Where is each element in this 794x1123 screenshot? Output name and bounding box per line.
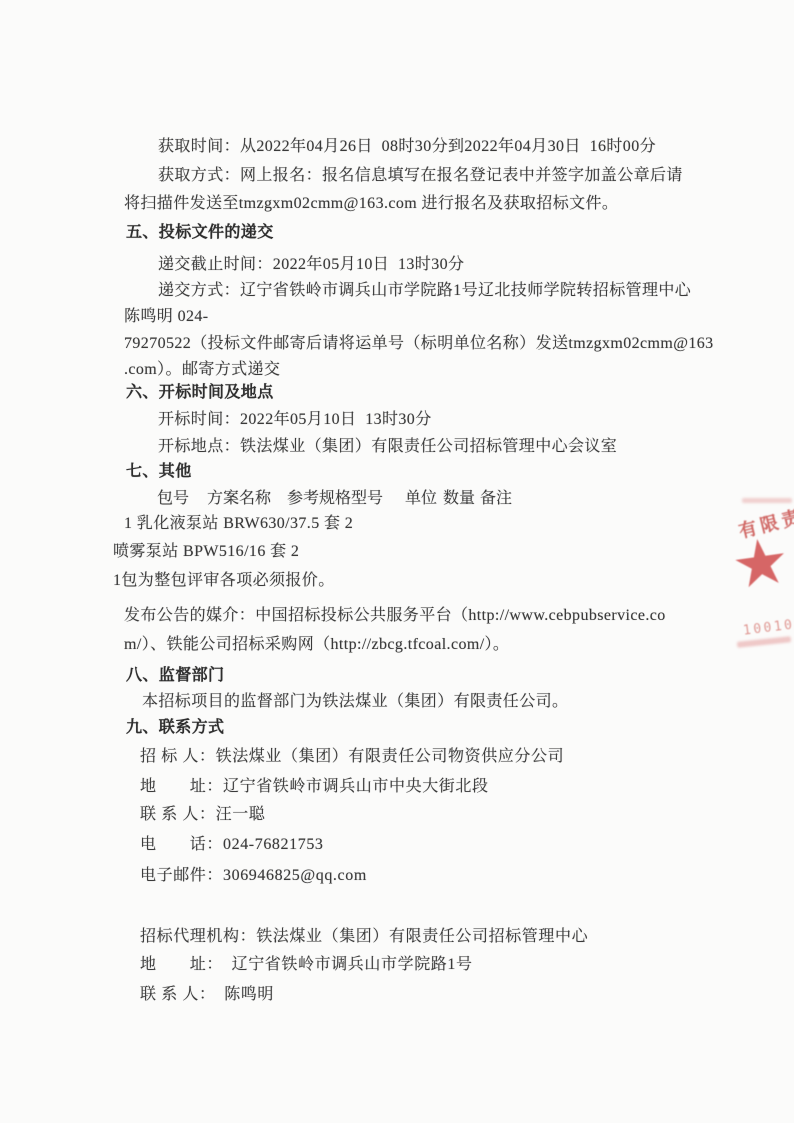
contact-line-agency-person: 联 系 人： 陈鸣明 [140,981,274,1004]
scanned-document-page: 获取时间：从2022年04月26日 08时30分到2022年04月30日 16时… [0,0,794,1123]
doc-line-opening-place: 开标地点：铁法煤业（集团）有限责任公司招标管理中心会议室 [158,433,617,456]
doc-line-media: 发布公告的媒介：中国招标投标公共服务平台（http://www.cebpubse… [124,602,666,625]
contact-line-email: 电子邮件：306946825@qq.com [140,862,367,885]
section-heading-9-contact: 九、联系方式 [126,714,224,737]
package-table-header-row: 包号 方案名称 参考规格型号 单位 数量 备注 [0,485,794,505]
doc-line-package-note: 1包为整包评审各项必须报价。 [113,567,335,590]
stamp-serial-number: 100100 [742,616,794,638]
doc-line-media-2: m/）、铁能公司招标采购网（http://zbcg.tfcoal.com/）。 [124,631,509,654]
doc-line-supervision-body: 本招标项目的监督部门为铁法煤业（集团）有限责任公司。 [142,688,568,711]
official-red-stamp: 有限责 ★ 100100 [728,492,794,664]
doc-line-deadline: 递交截止时间：2022年05月10日 13时30分 [158,251,464,274]
doc-line-acquire-time: 获取时间：从2022年04月26日 08时30分到2022年04月30日 16时… [158,133,656,156]
doc-line-submit-method-2: 陈鸣明 024- [124,303,209,326]
contact-line-phone: 电 话：024-76821753 [140,831,324,854]
doc-line-acquire-method-2: 将扫描件发送至tmzgxm02cmm@163.com 进行报名及获取招标文件。 [124,190,618,213]
section-heading-7-other: 七、其他 [126,458,192,481]
table-header-remark: 备注 [480,485,512,508]
contact-line-tenderer: 招 标 人：铁法煤业（集团）有限责任公司物资供应分公司 [140,743,564,766]
star-icon: ★ [728,528,794,599]
table-header-spec-model: 参考规格型号 [287,485,383,508]
table-header-package-no: 包号 [157,485,189,508]
doc-line-submit-method-4: .com）。邮寄方式递交 [124,356,280,379]
section-heading-8-supervision: 八、监督部门 [126,662,224,685]
section-heading-5-submission: 五、投标文件的递交 [126,219,274,242]
doc-line-opening-time: 开标时间：2022年05月10日 13时30分 [158,406,432,429]
contact-line-address: 地 址：辽宁省铁岭市调兵山市中央大街北段 [140,773,489,796]
table-header-quantity: 数量 [443,485,475,508]
table-row-pump-station-2: 喷雾泵站 BPW516/16 套 2 [113,538,299,561]
section-heading-6-opening: 六、开标时间及地点 [126,379,274,402]
table-header-plan-name: 方案名称 [207,485,271,508]
stamp-micro-text [737,636,791,648]
table-row-pump-station-1: 1 乳化液泵站 BRW630/37.5 套 2 [124,510,353,533]
contact-line-person: 联 系 人：汪一聪 [140,801,265,824]
contact-line-agency: 招标代理机构：铁法煤业（集团）有限责任公司招标管理中心 [140,923,588,946]
contact-line-agency-address: 地 址： 辽宁省铁岭市调兵山市学院路1号 [140,951,473,974]
stamp-arc-text: 有限责 [736,502,794,543]
doc-line-acquire-method: 获取方式：网上报名：报名信息填写在报名登记表中并签字加盖公章后请 [158,162,683,185]
doc-line-submit-method-3: 79270522（投标文件邮寄后请将运单号（标明单位名称）发送tmzgxm02c… [124,330,714,353]
table-header-unit: 单位 [405,485,437,508]
doc-line-submit-method: 递交方式：辽宁省铁岭市调兵山市学院路1号辽北技师学院转招标管理中心 [158,277,691,300]
